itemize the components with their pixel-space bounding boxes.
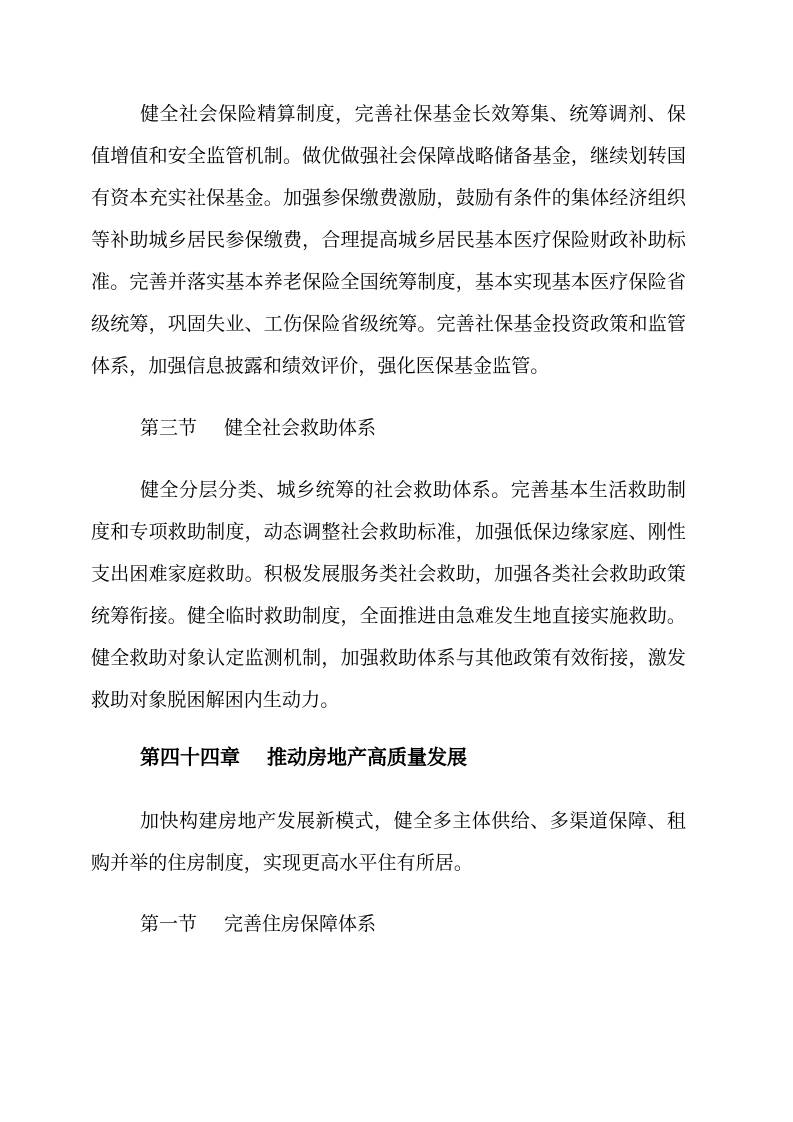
chapter-heading-real-estate: 第四十四章推动房地产高质量发展 xyxy=(91,737,686,779)
document-page: 健全社会保险精算制度，完善社保基金长效筹集、统筹调剂、保值增值和安全监管机制。做… xyxy=(0,0,793,1122)
paragraph-housing-model: 加快构建房地产发展新模式，健全多主体供给、多渠道保障、租购并举的住房制度，实现更… xyxy=(91,801,686,885)
section-number: 第一节 xyxy=(140,914,197,935)
section-heading-social-assistance: 第三节健全社会救助体系 xyxy=(91,408,686,450)
paragraph-social-insurance: 健全社会保险精算制度，完善社保基金长效筹集、统筹调剂、保值增值和安全监管机制。做… xyxy=(91,94,686,388)
chapter-title: 推动房地产高质量发展 xyxy=(267,747,467,769)
paragraph-social-assistance: 健全分层分类、城乡统筹的社会救助体系。完善基本生活救助制度和专项救助制度，动态调… xyxy=(91,470,686,722)
section-heading-housing-security: 第一节完善住房保障体系 xyxy=(91,904,686,946)
section-title: 完善住房保障体系 xyxy=(224,914,376,935)
chapter-number: 第四十四章 xyxy=(140,747,240,769)
section-number: 第三节 xyxy=(140,418,197,439)
section-title: 健全社会救助体系 xyxy=(224,418,376,439)
